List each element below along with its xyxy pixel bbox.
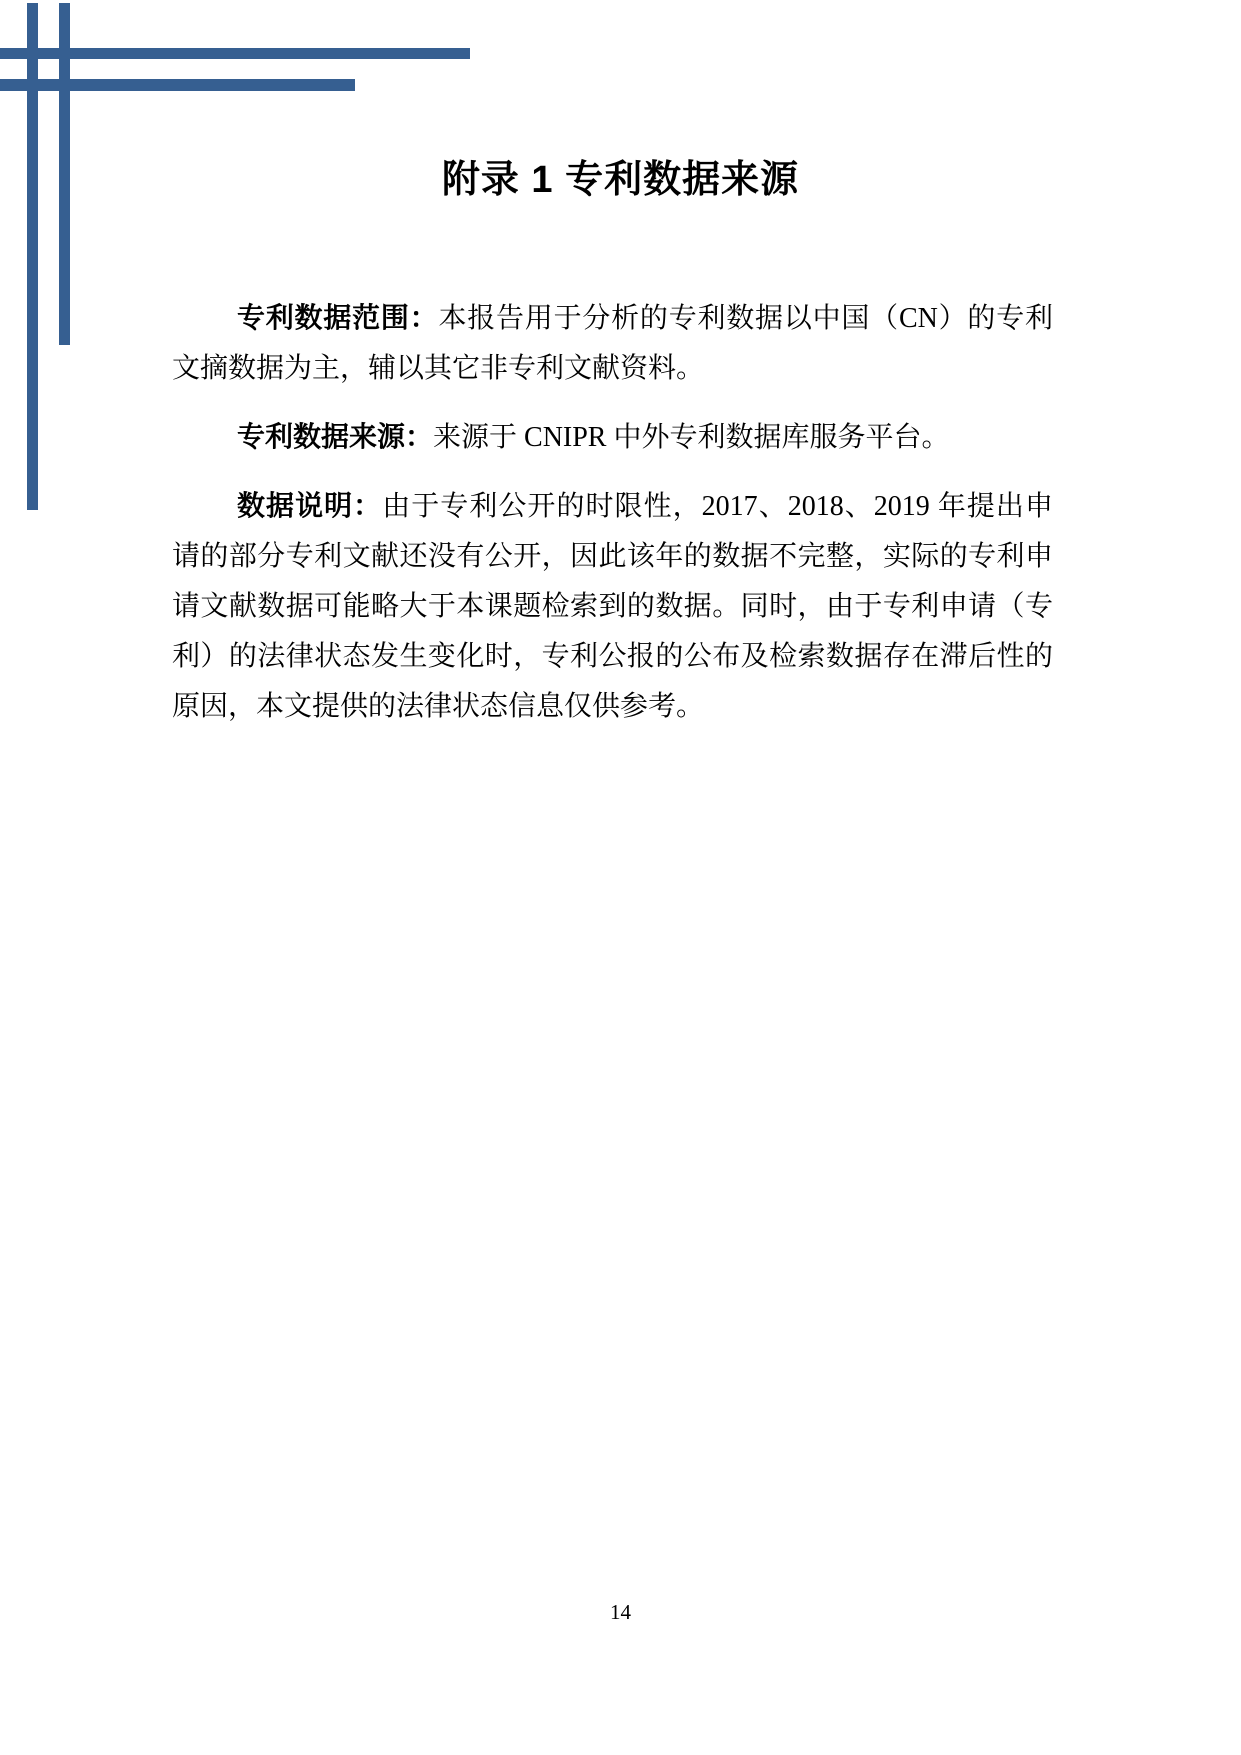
paragraph-text-note: 由于专利公开的时限性，2017、2018、2019 年提出申请的部分专利文献还没… [172,491,1053,722]
page-number: 14 [0,1598,1241,1626]
paragraph-lead-source: 专利数据来源： [237,421,433,452]
paragraph-patent-data-scope: 专利数据范围：本报告用于分析的专利数据以中国（CN）的专利文摘数据为主，辅以其它… [172,293,1053,394]
paragraph-lead-note: 数据说明： [237,490,382,521]
paragraph-lead-scope: 专利数据范围： [237,302,438,333]
document-body: 专利数据范围：本报告用于分析的专利数据以中国（CN）的专利文摘数据为主，辅以其它… [172,293,1053,750]
corner-rule-horizontal-upper [0,48,470,59]
paragraph-text-source: 来源于 CNIPR 中外专利数据库服务平台。 [433,422,949,453]
corner-rule-horizontal-lower [0,79,355,91]
paragraph-data-note: 数据说明：由于专利公开的时限性，2017、2018、2019 年提出申请的部分专… [172,481,1053,732]
paragraph-patent-data-source: 专利数据来源：来源于 CNIPR 中外专利数据库服务平台。 [172,412,1053,463]
document-page: { "decoration": { "color": "#365F91" }, … [0,0,1241,1755]
appendix-title: 附录 1 专利数据来源 [0,157,1241,203]
